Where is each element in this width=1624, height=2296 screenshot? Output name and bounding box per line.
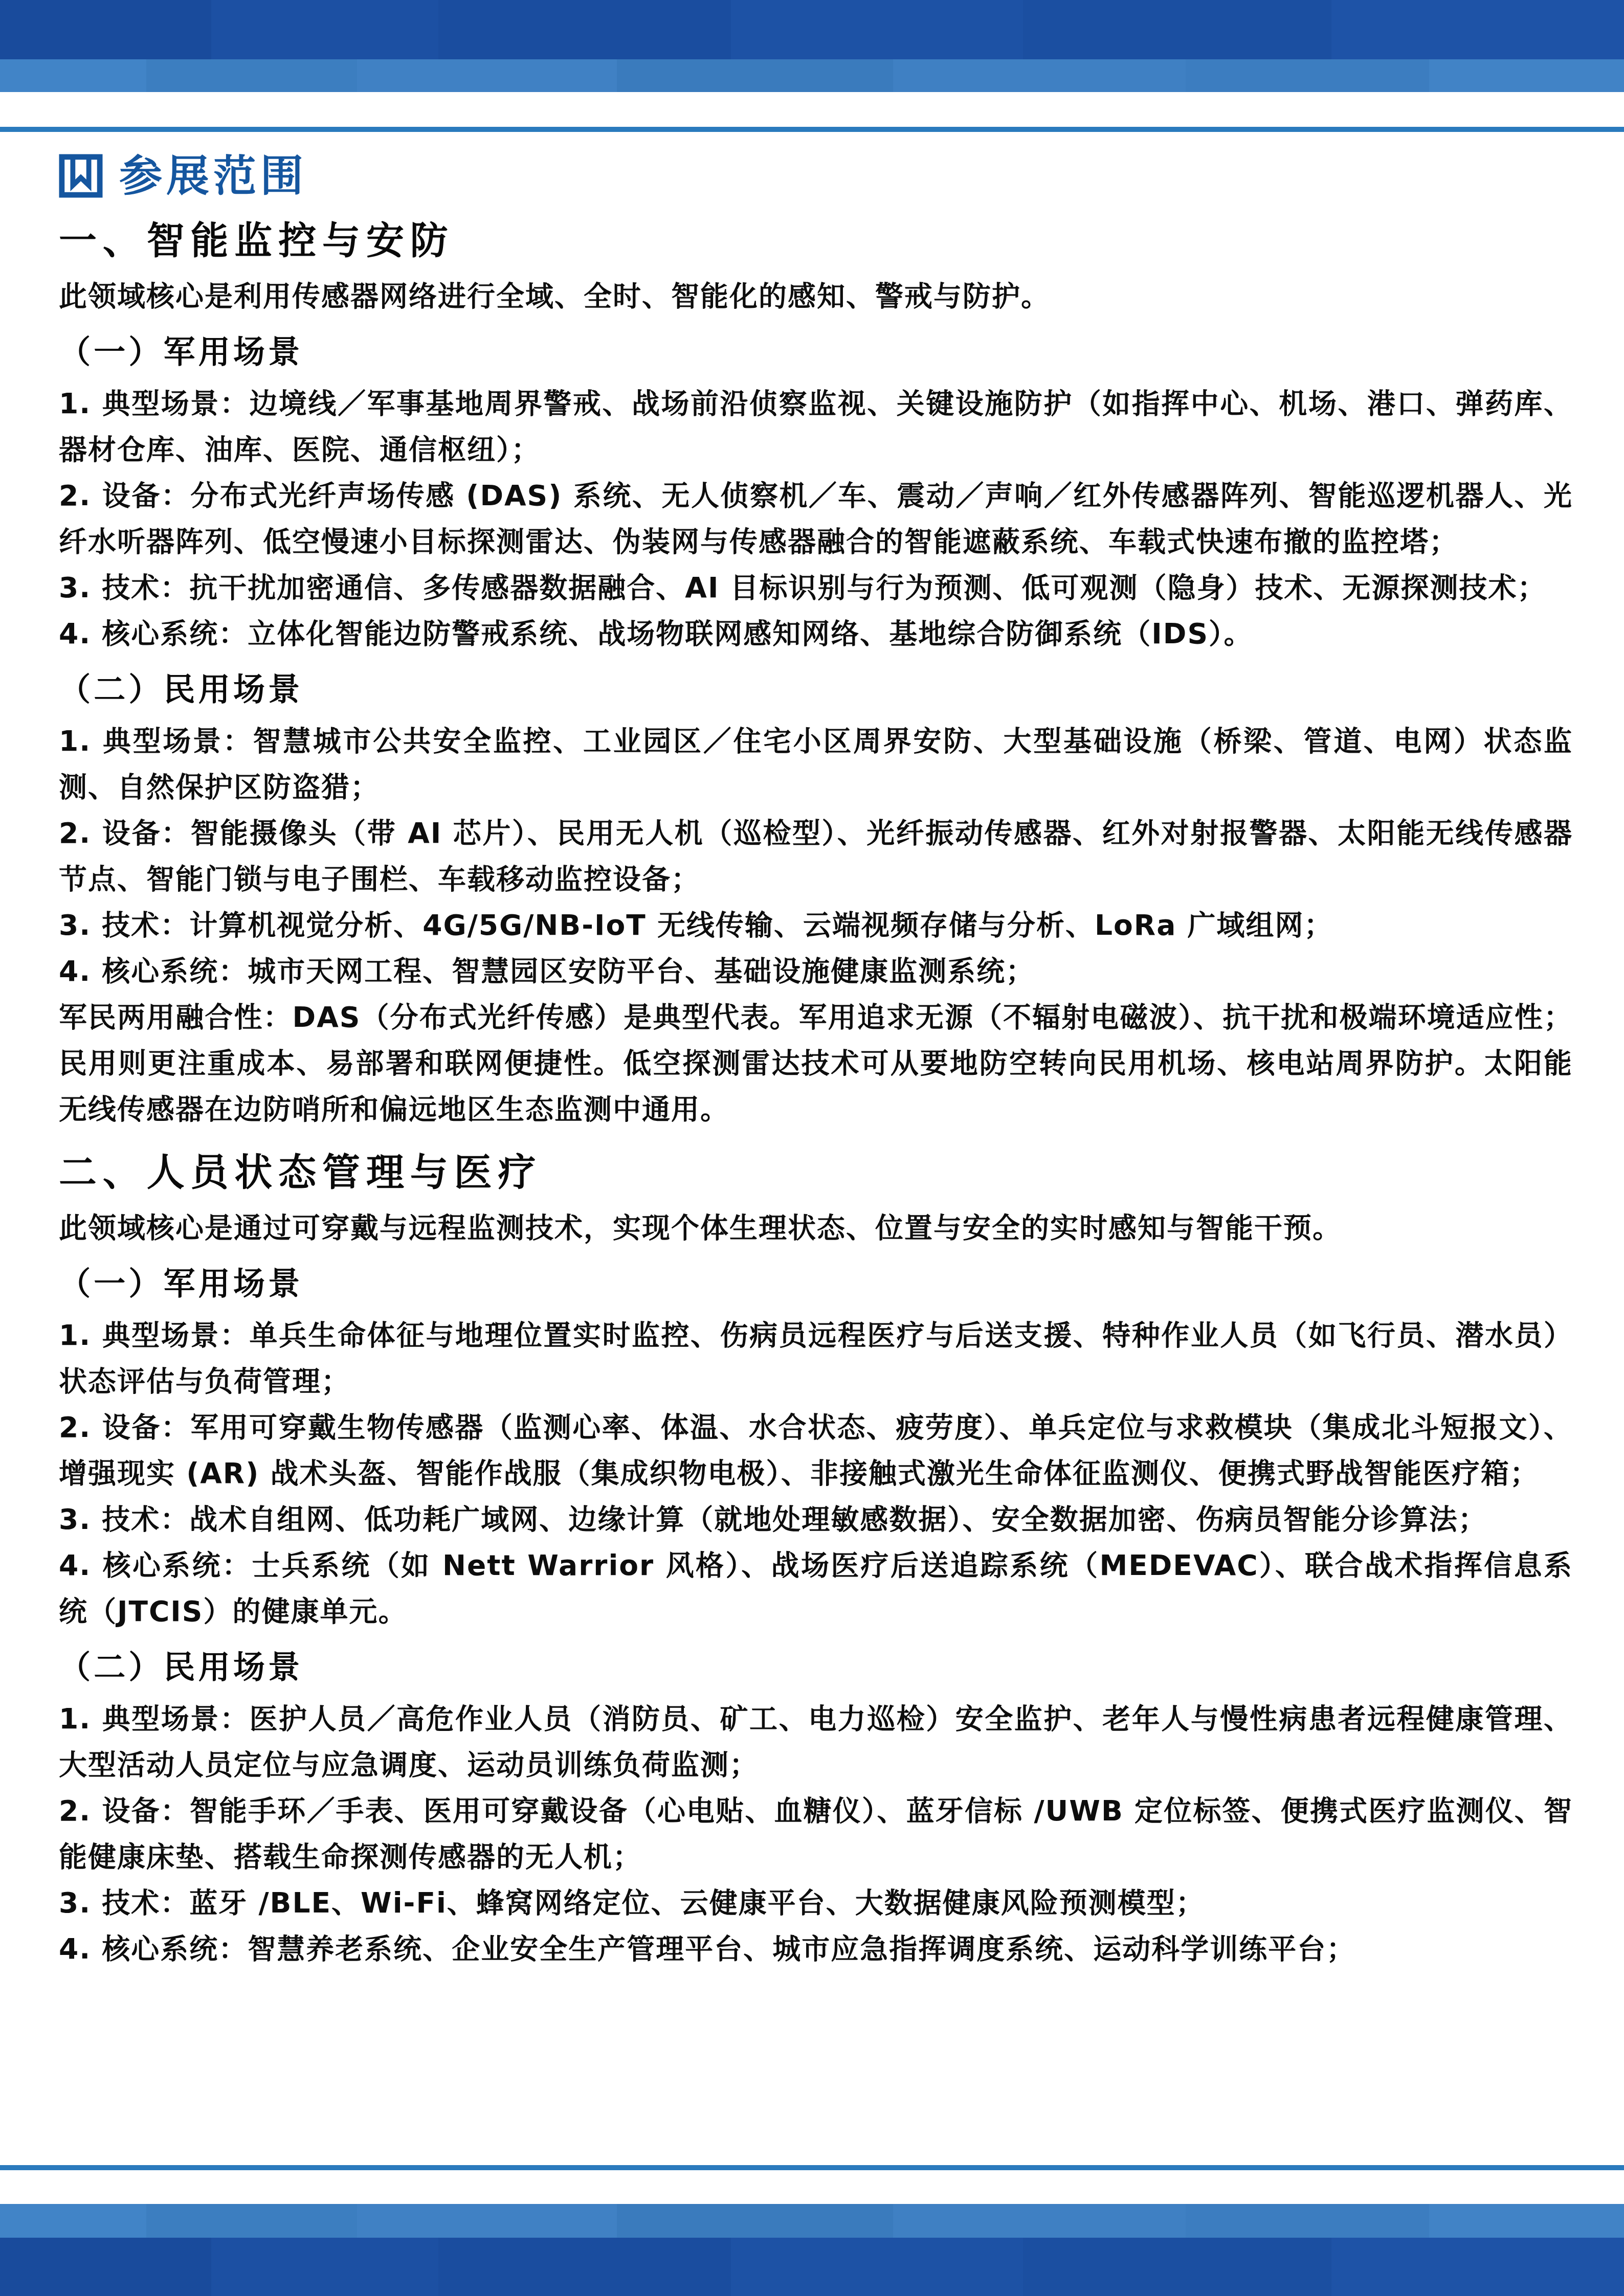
header-band-dark xyxy=(0,0,1624,59)
list-paragraph: 2. 设备：军用可穿戴生物传感器（监测心率、体温、水合状态、疲劳度）、单兵定位与… xyxy=(59,1404,1573,1496)
list-paragraph: 军民两用融合性：DAS（分布式光纤传感）是典型代表。军用追求无源（不辐射电磁波）… xyxy=(59,994,1573,1132)
list-paragraph: 2. 设备：智能摄像头（带 AI 芯片）、民用无人机（巡检型）、光纤振动传感器、… xyxy=(59,810,1573,902)
page-footer xyxy=(0,2165,1624,2296)
sections-container: 一、智能监控与安防此领域核心是利用传感器网络进行全域、全时、智能化的感知、警戒与… xyxy=(59,219,1573,1972)
header-gap xyxy=(0,92,1624,127)
footer-band-mid xyxy=(0,2204,1624,2238)
list-paragraph: 1. 典型场景：单兵生命体征与地理位置实时监控、伤病员远程医疗与后送支援、特种作… xyxy=(59,1312,1573,1404)
document-content: 参展范围 一、智能监控与安防此领域核心是利用传感器网络进行全域、全时、智能化的感… xyxy=(0,151,1624,1972)
section-intro: 此领域核心是利用传感器网络进行全域、全时、智能化的感知、警戒与防护。 xyxy=(59,273,1573,319)
list-paragraph: 3. 技术：计算机视觉分析、4G/5G/NB-IoT 无线传输、云端视频存储与分… xyxy=(59,902,1573,948)
list-paragraph: 1. 典型场景：医护人员／高危作业人员（消防员、矿工、电力巡检）安全监护、老年人… xyxy=(59,1696,1573,1788)
section-heading: 二、人员状态管理与医疗 xyxy=(59,1151,1573,1195)
section: 一、智能监控与安防此领域核心是利用传感器网络进行全域、全时、智能化的感知、警戒与… xyxy=(59,219,1573,1132)
list-paragraph: 4. 核心系统：立体化智能边防警戒系统、战场物联网感知网络、基地综合防御系统（I… xyxy=(59,611,1573,657)
header-rule xyxy=(0,127,1624,132)
footer-band-dark xyxy=(0,2238,1624,2296)
list-paragraph: 1. 典型场景：边境线／军事基地周界警戒、战场前沿侦察监视、关键设施防护（如指挥… xyxy=(59,380,1573,472)
list-paragraph: 2. 设备：分布式光纤声场传感 (DAS) 系统、无人侦察机／车、震动／声响／红… xyxy=(59,472,1573,565)
page-header xyxy=(0,0,1624,132)
section-intro: 此领域核心是通过可穿戴与远程监测技术，实现个体生理状态、位置与安全的实时感知与智… xyxy=(59,1205,1573,1251)
list-paragraph: 4. 核心系统：士兵系统（如 Nett Warrior 风格）、战场医疗后送追踪… xyxy=(59,1542,1573,1634)
page-title: 参展范围 xyxy=(119,151,307,200)
subsection-heading: （二）民用场景 xyxy=(59,671,1573,709)
bookmark-icon xyxy=(59,154,103,198)
document-page: 参展范围 一、智能监控与安防此领域核心是利用传感器网络进行全域、全时、智能化的感… xyxy=(0,0,1624,2296)
subsection-heading: （一）军用场景 xyxy=(59,1265,1573,1303)
page-title-row: 参展范围 xyxy=(59,151,1573,200)
section-heading: 一、智能监控与安防 xyxy=(59,219,1573,263)
list-paragraph: 2. 设备：智能手环／手表、医用可穿戴设备（心电贴、血糖仪）、蓝牙信标 /UWB… xyxy=(59,1788,1573,1880)
subsection-heading: （一）军用场景 xyxy=(59,333,1573,371)
list-paragraph: 3. 技术：蓝牙 /BLE、Wi-Fi、蜂窝网络定位、云健康平台、大数据健康风险… xyxy=(59,1880,1573,1926)
header-band-mid xyxy=(0,59,1624,92)
footer-gap xyxy=(0,2170,1624,2204)
list-paragraph: 4. 核心系统：城市天网工程、智慧园区安防平台、基础设施健康监测系统； xyxy=(59,948,1573,994)
list-paragraph: 4. 核心系统：智慧养老系统、企业安全生产管理平台、城市应急指挥调度系统、运动科… xyxy=(59,1926,1573,1972)
section: 二、人员状态管理与医疗此领域核心是通过可穿戴与远程监测技术，实现个体生理状态、位… xyxy=(59,1151,1573,1972)
footer-rule xyxy=(0,2165,1624,2170)
list-paragraph: 1. 典型场景：智慧城市公共安全监控、工业园区／住宅小区周界安防、大型基础设施（… xyxy=(59,718,1573,810)
list-paragraph: 3. 技术：抗干扰加密通信、多传感器数据融合、AI 目标识别与行为预测、低可观测… xyxy=(59,565,1573,611)
subsection-heading: （二）民用场景 xyxy=(59,1649,1573,1686)
list-paragraph: 3. 技术：战术自组网、低功耗广域网、边缘计算（就地处理敏感数据）、安全数据加密… xyxy=(59,1496,1573,1542)
